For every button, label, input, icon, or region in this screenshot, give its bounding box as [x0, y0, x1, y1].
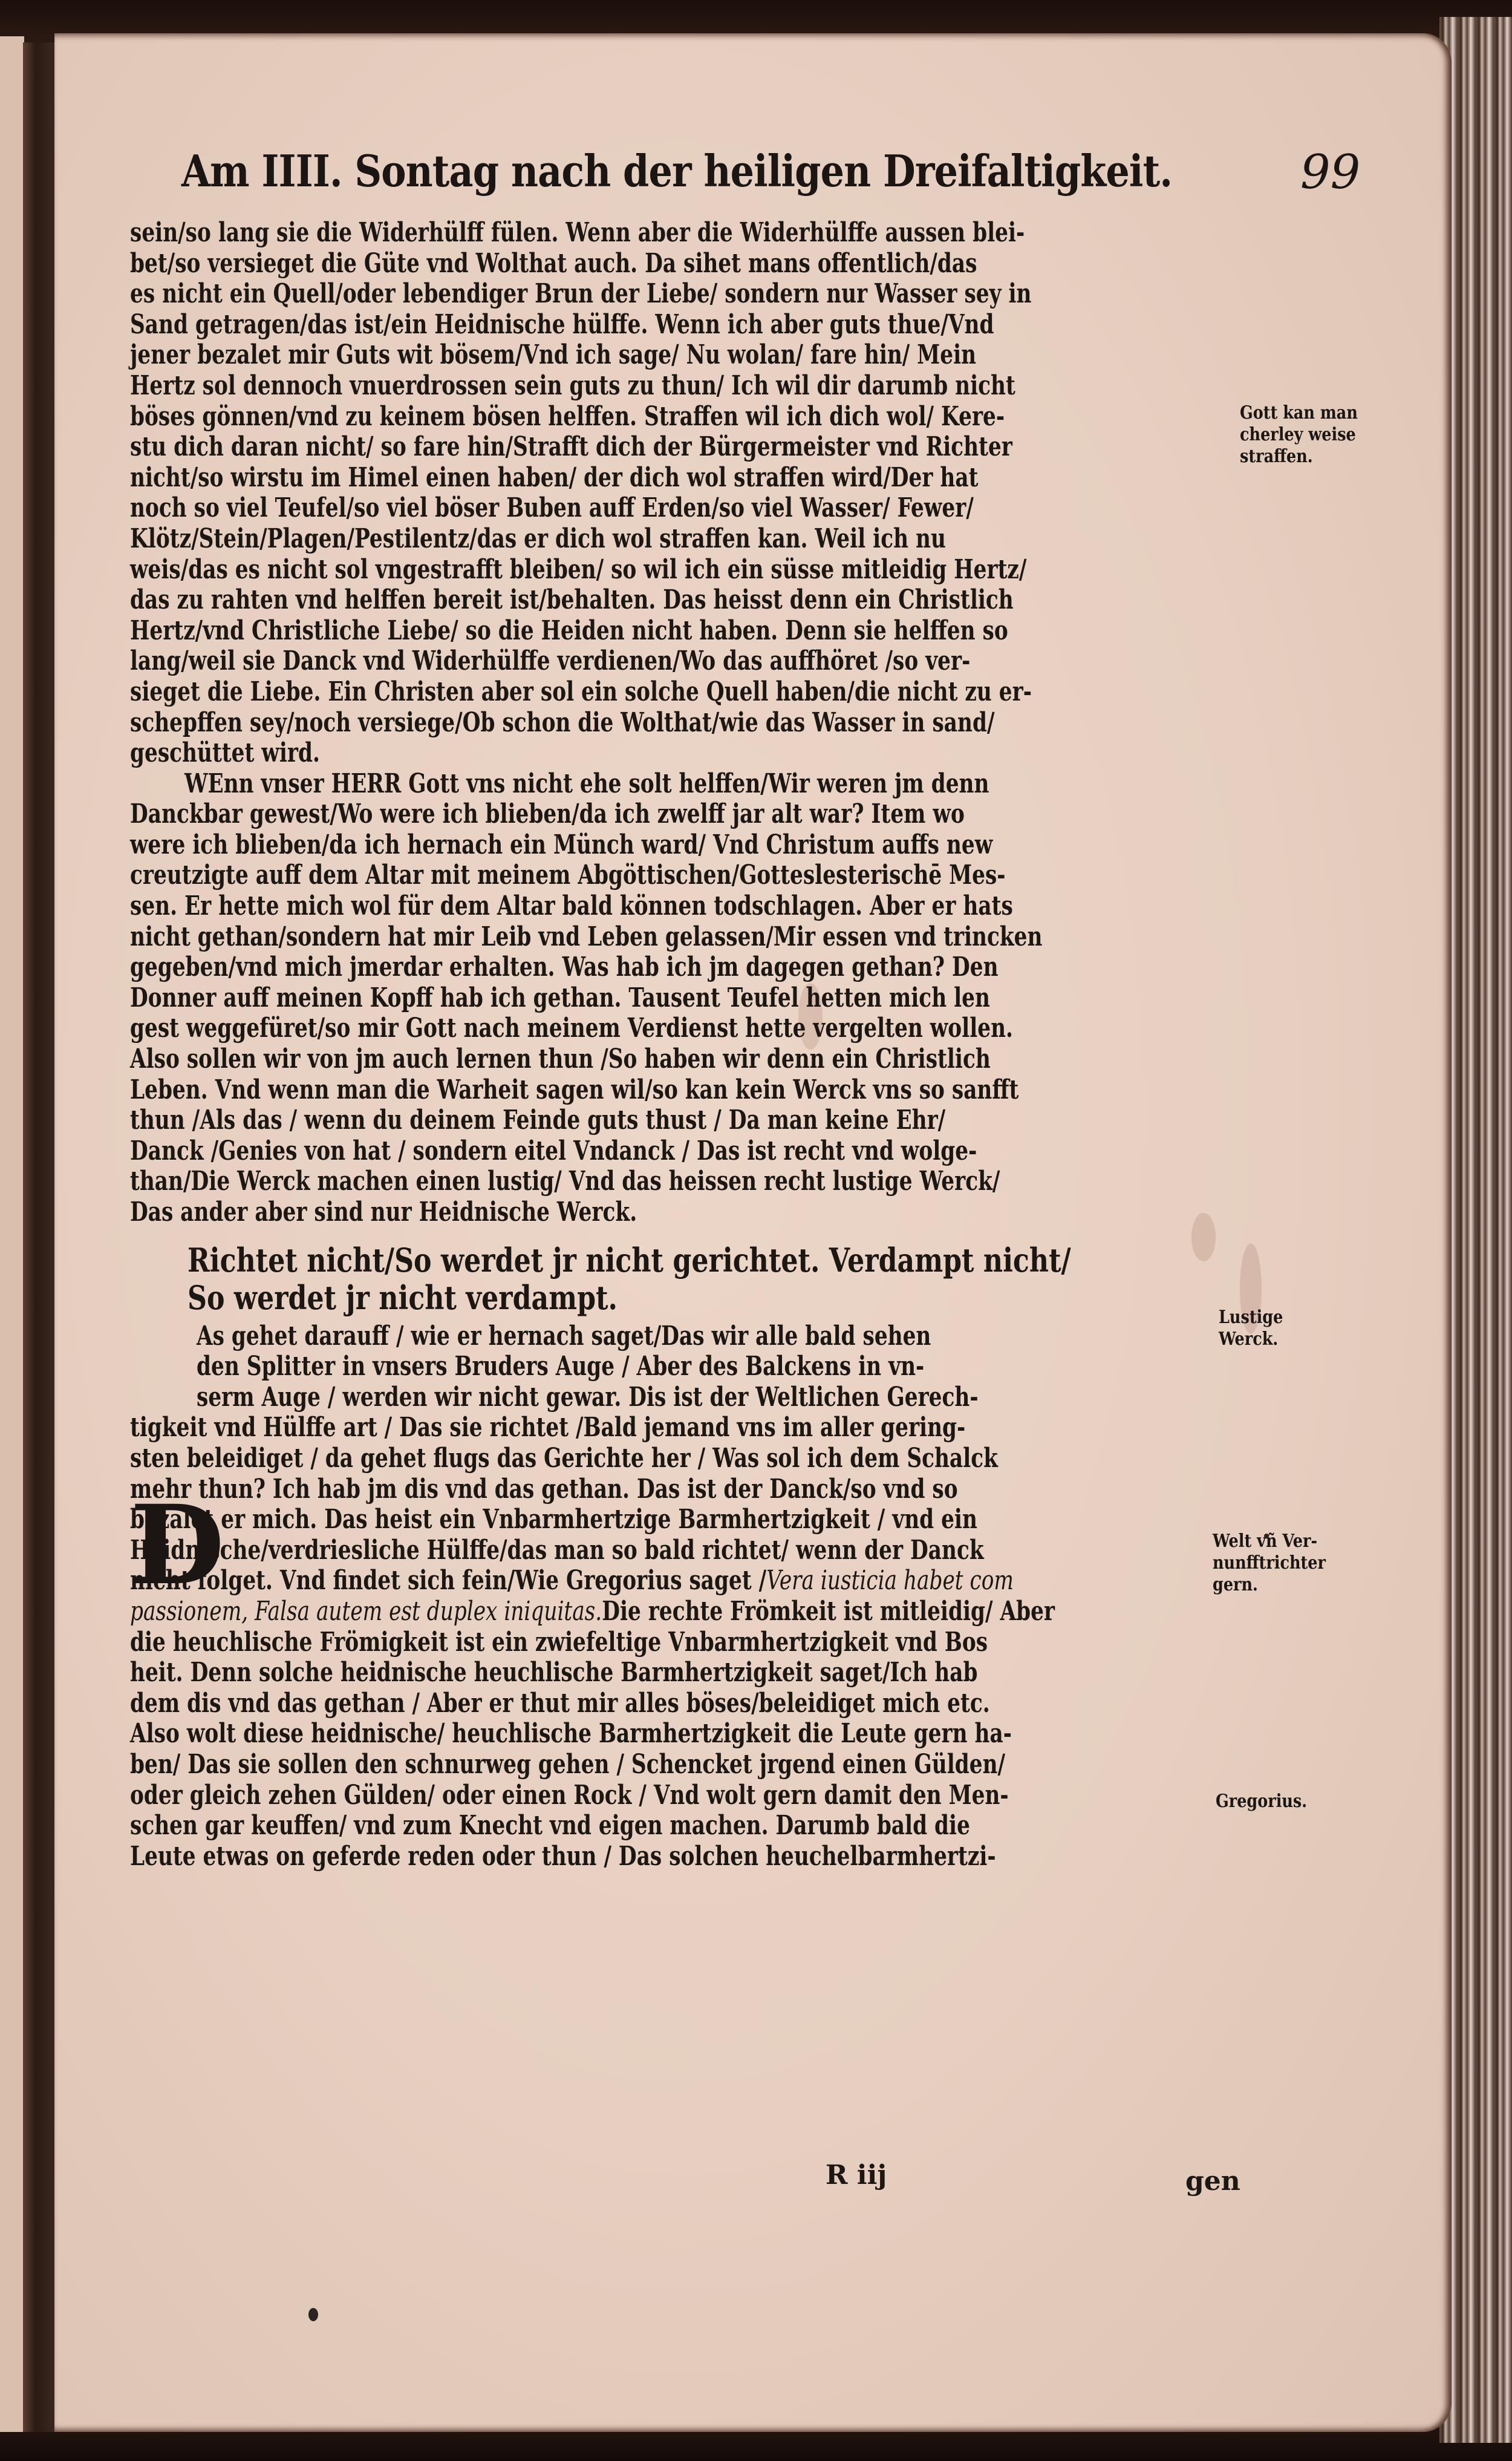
margin-note-lustige-werck: Lustige Werck.: [1219, 1307, 1294, 1350]
page-number: 99: [1300, 145, 1360, 200]
text-line: schen gar keuffen/ vnd zum Knecht vnd ei…: [130, 1811, 1243, 1842]
text-line: noch so viel Teufel/so viel böser Buben …: [130, 493, 1243, 524]
text-line: heit. Denn solche heidnische heuchlische…: [130, 1658, 1243, 1688]
margin-note-gregorius: Gregorius.: [1216, 1791, 1323, 1812]
section-heading-line: Richtet nicht/So werdet jr nicht gericht…: [130, 1241, 1243, 1279]
text-line: Hertz/vnd Christliche Liebe/ so die Heid…: [130, 616, 1243, 647]
signature-mark: R iij: [826, 2160, 887, 2191]
text-line: ben/ Das sie sollen den schnurweg gehen …: [130, 1750, 1243, 1780]
text-line: sieget die Liebe. Ein Christen aber sol …: [130, 677, 1243, 708]
margin-note-welt-vernunfft: Welt vñ Ver- nunfftrichter gern.: [1213, 1531, 1346, 1596]
text-line: WEnn vnser HERR Gott vns nicht ehe solt …: [130, 769, 1243, 800]
main-text-block: sein/so lang sie die Widerhülff fülen. W…: [130, 218, 1243, 1872]
text-line: As gehet darauff / wie er hernach saget/…: [130, 1321, 1243, 1352]
running-head: Am IIII. Sontag nach der heiligen Dreifa…: [181, 145, 1172, 197]
text-line: serm Auge / werden wir nicht gewar. Dis …: [130, 1382, 1243, 1413]
text-line: creutzigte auff dem Altar mit meinem Abg…: [130, 860, 1243, 891]
previous-page-edge: [0, 36, 24, 2432]
text-line: weis/das es nicht sol vngestrafft bleibe…: [130, 555, 1243, 586]
text-line: die heuchlische Frömigkeit ist ein zwief…: [130, 1627, 1243, 1658]
text-line: passionem, Falsa autem est duplex iniqui…: [130, 1597, 1243, 1627]
text-line: Danck /Genies von hat / sondern eitel Vn…: [130, 1136, 1243, 1167]
text-line: oder gleich zehen Gülden/ oder einen Roc…: [130, 1780, 1243, 1811]
text-line: Heidnische/verdriesliche Hülffe/das man …: [130, 1535, 1243, 1566]
text-line: Donner auff meinen Kopff hab ich gethan.…: [130, 983, 1243, 1014]
text-line: bezalet er mich. Das heist ein Vnbarmher…: [130, 1505, 1243, 1535]
text-line: lang/weil sie Danck vnd Widerhülffe verd…: [130, 646, 1243, 677]
text-line: bet/so versieget die Güte vnd Wolthat au…: [130, 249, 1243, 279]
text-line: nicht/so wirstu im Himel einen haben/ de…: [130, 463, 1243, 494]
catchword: gen: [1185, 2166, 1240, 2197]
text-line: Sand getragen/das ist/ein Heidnische hül…: [130, 310, 1243, 341]
text-line: Also wolt diese heidnische/ heuchlische …: [130, 1719, 1243, 1750]
text-line: schepffen sey/noch versiege/Ob schon die…: [130, 708, 1243, 739]
text-line: geschüttet wird.: [130, 738, 1243, 769]
drop-cap-initial: D: [130, 1494, 209, 1597]
text-line: Also sollen wir von jm auch lernen thun …: [130, 1044, 1243, 1075]
text-line: sein/so lang sie die Widerhülff fülen. W…: [130, 218, 1243, 249]
text-line: nicht gethan/sondern hat mir Leib vnd Le…: [130, 922, 1243, 953]
text-line: böses gönnen/vnd zu keinem bösen helffen…: [130, 402, 1243, 433]
text-line: Klötz/Stein/Plagen/Pestilentz/das er dic…: [130, 524, 1243, 555]
text-line: were ich blieben/da ich hernach ein Münc…: [130, 830, 1243, 861]
ink-speck: [308, 2308, 318, 2321]
text-line: den Splitter in vnsers Bruders Auge / Ab…: [130, 1351, 1243, 1382]
text-line: gest weggefüret/so mir Gott nach meinem …: [130, 1013, 1243, 1044]
text-line: Hertz sol dennoch vnuerdrossen sein guts…: [130, 371, 1243, 402]
spacer: [130, 1228, 1243, 1241]
book-gutter: [23, 42, 54, 2432]
text-line: tigkeit vnd Hülffe art / Das sie richtet…: [130, 1413, 1243, 1443]
text-line: gegeben/vnd mich jmerdar erhalten. Was h…: [130, 952, 1243, 983]
text-line: Das ander aber sind nur Heidnische Werck…: [130, 1197, 1243, 1228]
text-line: jener bezalet mir Guts wit bösem/Vnd ich…: [130, 340, 1243, 371]
text-line: mehr thun? Ich hab jm dis vnd das gethan…: [130, 1474, 1243, 1505]
text-line: nicht folget. Vnd findet sich fein/Wie G…: [130, 1566, 1243, 1597]
margin-note-gott-straffen: Gott kan man cherley weise straffen.: [1240, 402, 1378, 468]
text-line: sten beleidiget / da gehet flugs das Ger…: [130, 1443, 1243, 1474]
text-line: dem dis vnd das gethan / Aber er thut mi…: [130, 1688, 1243, 1719]
text-line: es nicht ein Quell/oder lebendiger Brun …: [130, 279, 1243, 310]
page-header: Am IIII. Sontag nach der heiligen Dreifa…: [181, 145, 1331, 218]
text-line: Leben. Vnd wenn man die Warheit sagen wi…: [130, 1075, 1243, 1106]
text-line: stu dich daran nicht/ so fare hin/Straff…: [130, 432, 1243, 463]
text-line: sen. Er hette mich wol für dem Altar bal…: [130, 891, 1243, 922]
latin-quote: Vera iusticia habet com: [766, 1566, 1014, 1597]
section-heading-line: So werdet jr nicht verdampt.: [130, 1279, 1243, 1316]
text-line: thun /Als das / wenn du deinem Feinde gu…: [130, 1105, 1243, 1136]
text-line: das zu rahten vnd helffen bereit ist/beh…: [130, 585, 1243, 616]
text-line: Danckbar gewest/Wo were ich blieben/da i…: [130, 799, 1243, 830]
text-line: than/Die Werck machen einen lustig/ Vnd …: [130, 1166, 1243, 1197]
text-line: Leute etwas on geferde reden oder thun /…: [130, 1842, 1243, 1872]
